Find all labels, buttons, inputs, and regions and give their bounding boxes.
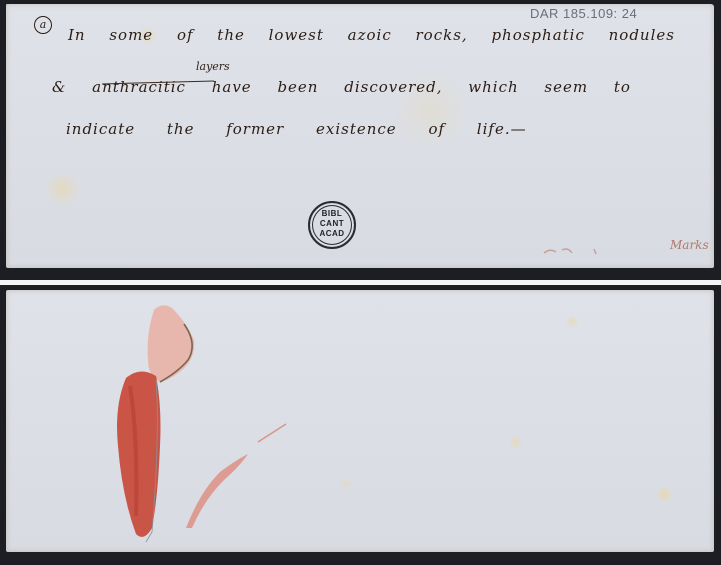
document-viewer: a DAR 185.109: 24 In some of the lowest … <box>0 0 721 565</box>
stamp-text-middle: CANT <box>310 219 354 229</box>
slip-separator <box>0 280 721 285</box>
manuscript-slip-front: a DAR 185.109: 24 In some of the lowest … <box>6 4 714 268</box>
corner-pencil-mark: Marks <box>670 238 709 252</box>
shelfmark: DAR 185.109: 24 <box>530 6 637 21</box>
faint-red-marks <box>542 244 612 256</box>
stamp-text-top: BIBL <box>310 209 354 219</box>
stamp-text-bottom: ACAD <box>310 229 354 239</box>
red-watercolour-sketch <box>100 296 300 556</box>
manuscript-line-2: & anthracitic have been discovered, whic… <box>52 78 631 96</box>
note-label: a <box>34 16 52 34</box>
manuscript-line-1: In some of the lowest azoic rocks, phosp… <box>68 26 675 44</box>
manuscript-insertion: layers <box>196 60 230 73</box>
library-stamp: BIBL CANT ACAD <box>308 201 356 249</box>
manuscript-line-3: indicate the former existence of life.— <box>66 120 527 138</box>
